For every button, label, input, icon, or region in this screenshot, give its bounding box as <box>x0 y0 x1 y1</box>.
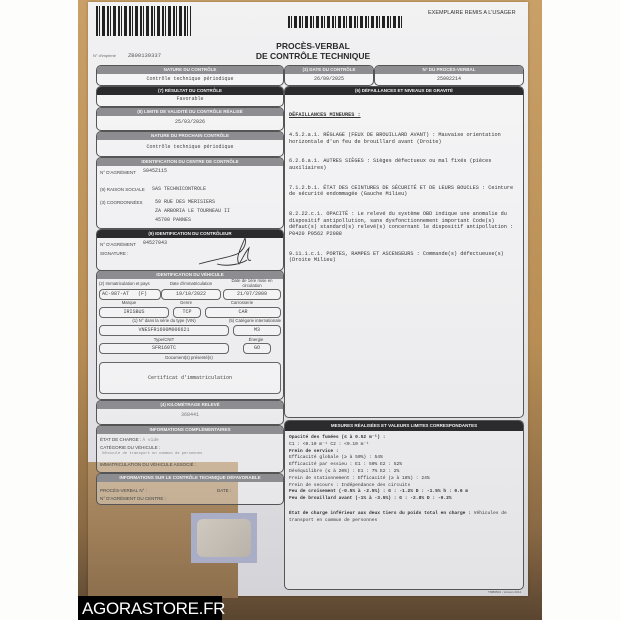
centre-header: IDENTIFICATION DU CENTRE DE CONTRÔLE <box>97 158 283 166</box>
energie-value: GO <box>243 343 271 354</box>
mesures-list: Opacité des fumées (≤ à 0.52 m⁻¹) : C1 :… <box>289 435 519 525</box>
categorie-label: (5) Catégorie internationale <box>227 318 283 323</box>
immat-field: AC-987-AT (F) <box>99 289 161 300</box>
date-controle-box: (3) DATE DU CONTRÔLE 26/09/2025 <box>284 65 374 86</box>
mesure-line: Frein de stationnement : Efficacité (≥ à… <box>289 476 519 483</box>
energie-label: Énergie <box>233 337 279 342</box>
defavorable-agrement-label: N° D'AGRÉMENT DU CENTRE : <box>100 496 166 501</box>
mesure-line: C1 : <0.10 m⁻¹ C2 : <0.10 m⁻¹ <box>289 442 519 449</box>
form-reference: TMB6504 - Version 2014 <box>488 590 521 594</box>
coordonnees-label: (3) COORDONNÉES <box>100 200 143 205</box>
carrosserie-label: Carrosserie <box>207 300 277 305</box>
address-line1: 50 RUE DES MERISIERS <box>155 199 215 205</box>
date-mec-value: 21/07/2009 <box>223 289 281 300</box>
raison-sociale-label: (9) RAISON SOCIALE <box>100 187 145 192</box>
mesures-header: MESURES RÉALISÉES ET VALEURS LIMITES COR… <box>285 421 523 431</box>
watermark-text: AGORASTORE.FR <box>78 596 222 620</box>
date-controle-header: (3) DATE DU CONTRÔLE <box>285 66 373 74</box>
hologram-sticker <box>191 513 257 563</box>
kilometrage-value: 368441 <box>97 412 283 418</box>
date-immat-label: Date d'immatriculation <box>161 281 221 286</box>
immat-label: (2) Immatriculation et pays <box>99 281 159 286</box>
defavorable-box: INFORMATIONS SUR LE CONTRÔLE TECHNIQUE D… <box>96 473 284 505</box>
prochain-controle-value: Contrôle technique périodique <box>97 144 283 150</box>
etat-charge-value: À vide <box>143 438 159 443</box>
defaillances-list: DÉFAILLANCES MINEURES : 4.5.2.a.1. RÉGLA… <box>289 99 519 277</box>
barcode-center <box>288 16 403 28</box>
nature-controle-header: NATURE DU CONTRÔLE <box>97 66 283 74</box>
defavorable-date-label: DATE : <box>217 488 231 493</box>
prochain-controle-box: NATURE DU PROCHAIN CONTRÔLE Contrôle tec… <box>96 131 284 157</box>
copy-label: EXEMPLAIRE REMIS A L'USAGER <box>428 10 516 16</box>
defavorable-header: INFORMATIONS SUR LE CONTRÔLE TECHNIQUE D… <box>97 474 283 482</box>
type-label: Type/CNIT <box>99 337 229 342</box>
resultat-header: (7) RÉSULTAT DU CONTRÔLE <box>97 87 283 95</box>
defaillances-box: (6) DÉFAILLANCES ET NIVEAUX DE GRAVITÉ D… <box>284 86 524 418</box>
print-number-label: N° d'imprimé <box>93 53 116 58</box>
defaillance-item: 9.11.1.c.1. PORTES, RAMPES ET ASCENSEURS… <box>289 251 519 264</box>
vehicule-box: IDENTIFICATION DU VÉHICULE (2) Immatricu… <box>96 270 284 400</box>
resultat-value: Favorable <box>97 96 283 102</box>
defaillance-item: 8.2.22.c.1. OPACITÉ : Le relevé du systè… <box>289 211 519 237</box>
pv-number-header: N° DU PROCÈS-VERBAL <box>375 66 523 74</box>
raison-sociale-value: SAS TECHNICONTROLE <box>152 186 206 192</box>
prochain-controle-header: NATURE DU PROCHAIN CONTRÔLE <box>97 132 283 140</box>
defaillance-item: 4.5.2.a.1. RÉGLAGE (FEUX DE BROUILLARD A… <box>289 132 519 145</box>
controleur-agrement-value: 04527043 <box>143 240 167 246</box>
marque-label: Marque <box>99 300 159 305</box>
nature-controle-box: NATURE DU CONTRÔLE Contrôle technique pé… <box>96 65 284 86</box>
title-line1: PROCÈS-VERBAL <box>213 41 413 51</box>
centre-agrement-label: N° D'AGRÉMENT <box>100 170 136 175</box>
signature-label: SIGNATURE : <box>100 251 128 256</box>
mesure-line: Feu de brouillard avant (-1% à -3.5%) : … <box>289 496 519 503</box>
vin-value: VNESFR1600M006621 <box>99 325 229 336</box>
carrosserie-value: CAR <box>205 307 281 318</box>
mesures-note-label: État de charge inférieur aux deux tiers … <box>289 511 471 516</box>
mesure-line: Déséquilibre (≤ à 20%) : E1 : 7% E2 : 2% <box>289 469 519 476</box>
date-immat-value: 19/10/2022 <box>161 289 221 300</box>
barcode-left <box>96 6 191 36</box>
controleur-box: (9) IDENTIFICATION DU CONTRÔLEUR N° D'AG… <box>96 229 284 271</box>
proces-verbal-sheet: EXEMPLAIRE REMIS A L'USAGER N° d'imprimé… <box>88 2 528 596</box>
mesure-line: Opacité des fumées (≤ à 0.52 m⁻¹) : <box>289 435 519 442</box>
infos-box: INFORMATIONS COMPLÉMENTAIRES ÉTAT DE CHA… <box>96 425 284 473</box>
categorie-value: M3 <box>233 325 281 336</box>
kilometrage-header: (4) KILOMÉTRAGE RELEVÉ <box>97 401 283 409</box>
mesures-box: MESURES RÉALISÉES ET VALEURS LIMITES COR… <box>284 420 524 590</box>
immat-associe-label: IMMATRICULATION DU VÉHICULE ASSOCIÉ : <box>100 462 196 467</box>
resultat-box: (7) RÉSULTAT DU CONTRÔLE Favorable <box>96 86 284 107</box>
categorie-vehicule-label: CATÉGORIE DU VÉHICULE : <box>100 445 160 450</box>
defaillance-item: 6.2.6.a.1. AUTRES SIÈGES : Sièges défect… <box>289 158 519 171</box>
print-number: ZB00139337 <box>128 52 161 59</box>
address-line3: 45700 PANNES <box>155 217 191 223</box>
infos-header: INFORMATIONS COMPLÉMENTAIRES <box>97 426 283 434</box>
defaillances-section-title: DÉFAILLANCES MINEURES : <box>289 112 519 119</box>
etat-charge-label: ÉTAT DE CHARGE : <box>100 437 141 442</box>
limite-validite-value: 25/03/2026 <box>97 119 283 125</box>
defavorable-pv-label: PROCÈS-VERBAL N° : <box>100 488 147 493</box>
date-controle-value: 26/09/2025 <box>285 76 373 82</box>
title-line2: DE CONTRÔLE TECHNIQUE <box>213 51 413 61</box>
marque-value: IRISBUS <box>99 307 169 318</box>
documents-label: Document(s) présenté(s) <box>99 355 279 360</box>
limite-validite-box: (8) LIMITE DE VALIDITÉ DU CONTRÔLE RÉALI… <box>96 107 284 131</box>
pv-number-box: N° DU PROCÈS-VERBAL 25002214 <box>374 65 524 86</box>
centre-agrement-value: S045Z115 <box>143 168 167 174</box>
pays-value: (F) <box>138 291 147 297</box>
mesure-line: Efficacité par essieu : E1 : 50% E2 : 52… <box>289 462 519 469</box>
pv-number-value: 25002214 <box>375 76 523 82</box>
genre-value: TCP <box>173 307 201 318</box>
categorie-vehicule-value: Véhicule de transport en commun de perso… <box>102 452 202 456</box>
signature-icon <box>197 234 257 270</box>
documents-value: Certificat d'immatriculation <box>99 362 281 394</box>
address-line2: ZA ARBORIA LE TOURNEAU II <box>155 208 230 214</box>
date-mec-label: Date de 1ère mise en circulation <box>225 279 279 288</box>
document-photo: EXEMPLAIRE REMIS A L'USAGER N° d'imprimé… <box>78 0 542 620</box>
defaillances-header: (6) DÉFAILLANCES ET NIVEAUX DE GRAVITÉ <box>285 87 523 95</box>
controleur-agrement-label: N° D'AGRÉMENT <box>100 242 136 247</box>
immat-value: AC-987-AT <box>102 291 129 297</box>
nature-controle-value: Contrôle technique périodique <box>97 76 283 82</box>
vin-label: (1) N° dans la série du type (VIN) <box>99 318 229 323</box>
kilometrage-box: (4) KILOMÉTRAGE RELEVÉ 368441 <box>96 400 284 425</box>
centre-box: IDENTIFICATION DU CENTRE DE CONTRÔLE N° … <box>96 157 284 229</box>
genre-label: Genre <box>173 300 199 305</box>
limite-validite-header: (8) LIMITE DE VALIDITÉ DU CONTRÔLE RÉALI… <box>97 108 283 116</box>
type-value: SFR160TC <box>99 343 229 354</box>
defaillance-item: 7.1.2.b.1. ÉTAT DES CEINTURES DE SÉCURIT… <box>289 185 519 198</box>
